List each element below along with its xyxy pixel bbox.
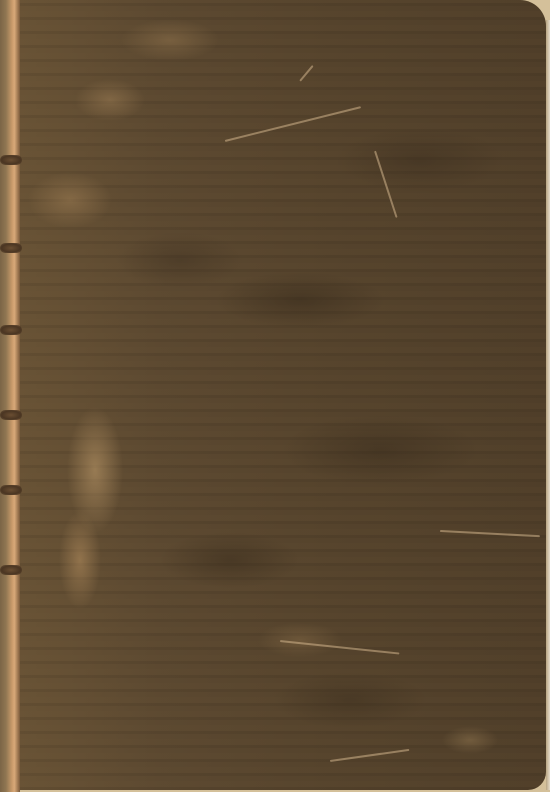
spine-cord [0,565,22,575]
leather-cover-board [0,0,546,790]
book-cover-photo [0,0,550,792]
spine-cord [0,410,22,420]
spine-cord [0,243,22,253]
spine-cord [0,325,22,335]
spine-cord [0,155,22,165]
page-edge [546,20,550,790]
spine-edge [0,0,20,792]
spine-cord [0,485,22,495]
